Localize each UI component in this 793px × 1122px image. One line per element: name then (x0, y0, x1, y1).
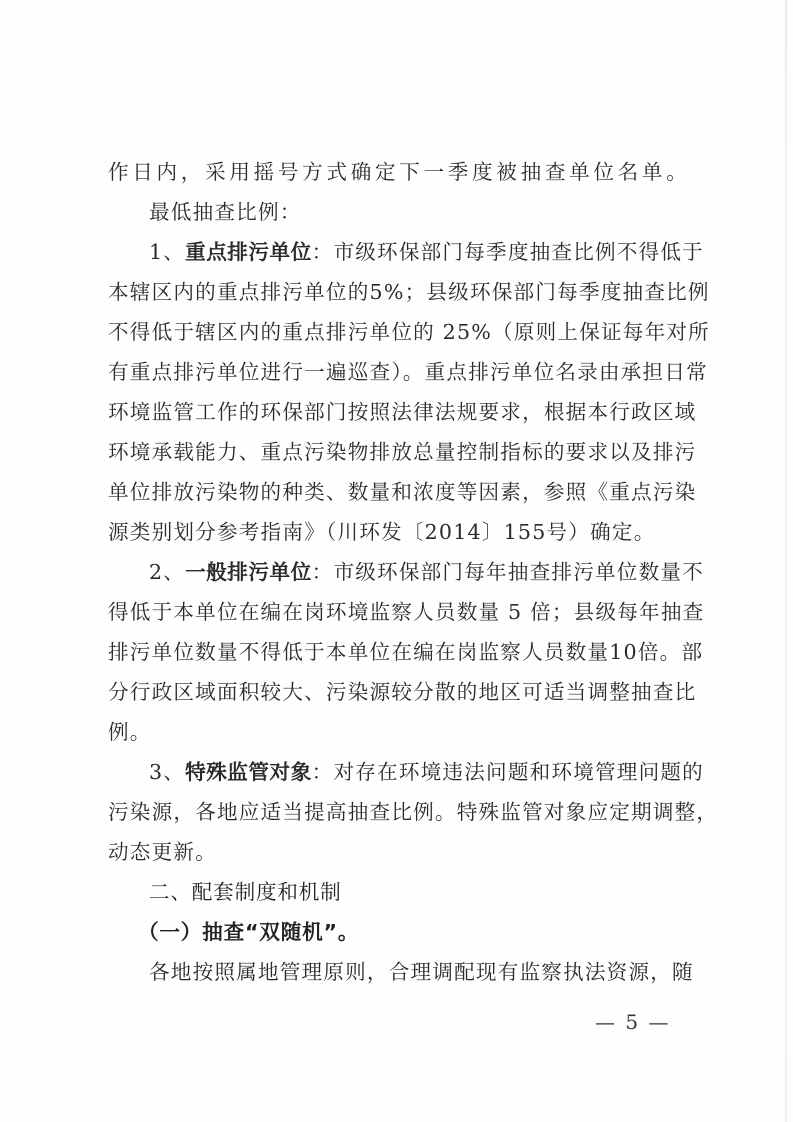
document-page: 作日内，采用摇号方式确定下一季度被抽查单位名单。 最低抽查比例： 1、重点排污单… (108, 152, 688, 992)
subsection-heading-double-random: （一）抽查“双随机”。 (108, 912, 688, 952)
item-text: ：对存在环境违法问题和环境管理问题的 (312, 760, 704, 784)
item-number: 3、 (149, 760, 185, 784)
item-text: ：市级环保部门每季度抽查比例不得低于 (312, 240, 704, 264)
section-label-minimum-ratio: 最低抽查比例： (108, 192, 688, 232)
paragraph-line: 得低于本单位在编在岗环境监察人员数量 5 倍；县级每年抽查 (108, 592, 688, 632)
paragraph-line: 不得低于辖区内的重点排污单位的 25%（原则上保证每年对所 (108, 312, 688, 352)
page-edge-shadow (785, 0, 787, 1122)
item-title-general-polluters: 一般排污单位 (185, 560, 312, 584)
paragraph-line: 有重点排污单位进行一遍巡查）。重点排污单位名录由承担日常 (108, 352, 688, 392)
paragraph-line: 源类别划分参考指南》（川环发〔2014〕155号）确定。 (108, 512, 688, 552)
paragraph-line: 环境监管工作的环保部门按照法律法规要求，根据本行政区域 (108, 392, 688, 432)
paragraph-line: 各地按照属地管理原则，合理调配现有监察执法资源，随 (108, 952, 688, 992)
item-1-heading-line: 1、重点排污单位：市级环保部门每季度抽查比例不得低于 (108, 232, 688, 272)
section-heading-supporting-systems: 二、配套制度和机制 (108, 872, 688, 912)
paragraph-line: 作日内，采用摇号方式确定下一季度被抽查单位名单。 (108, 152, 688, 192)
paragraph-line: 动态更新。 (108, 832, 688, 872)
paragraph-line: 例。 (108, 712, 688, 752)
paragraph-line: 环境承载能力、重点污染物排放总量控制指标的要求以及排污 (108, 432, 688, 472)
item-title-key-polluters: 重点排污单位 (185, 240, 312, 264)
item-title-special-supervision: 特殊监管对象 (185, 760, 312, 784)
paragraph-line: 单位排放污染物的种类、数量和浓度等因素，参照《重点污染 (108, 472, 688, 512)
item-3-heading-line: 3、特殊监管对象：对存在环境违法问题和环境管理问题的 (108, 752, 688, 792)
item-number: 1、 (149, 240, 185, 264)
paragraph-line: 分行政区域面积较大、污染源较分散的地区可适当调整抽查比 (108, 672, 688, 712)
item-text: ：市级环保部门每年抽查排污单位数量不 (312, 560, 704, 584)
item-number: 2、 (149, 560, 185, 584)
paragraph-line: 排污单位数量不得低于本单位在编在岗监察人员数量10倍。部 (108, 632, 688, 672)
paragraph-line: 本辖区内的重点排污单位的5%；县级环保部门每季度抽查比例 (108, 272, 688, 312)
item-2-heading-line: 2、一般排污单位：市级环保部门每年抽查排污单位数量不 (108, 552, 688, 592)
paragraph-line: 污染源，各地应适当提高抽查比例。特殊监管对象应定期调整， (108, 792, 688, 832)
page-number: — 5 — (595, 1010, 670, 1034)
